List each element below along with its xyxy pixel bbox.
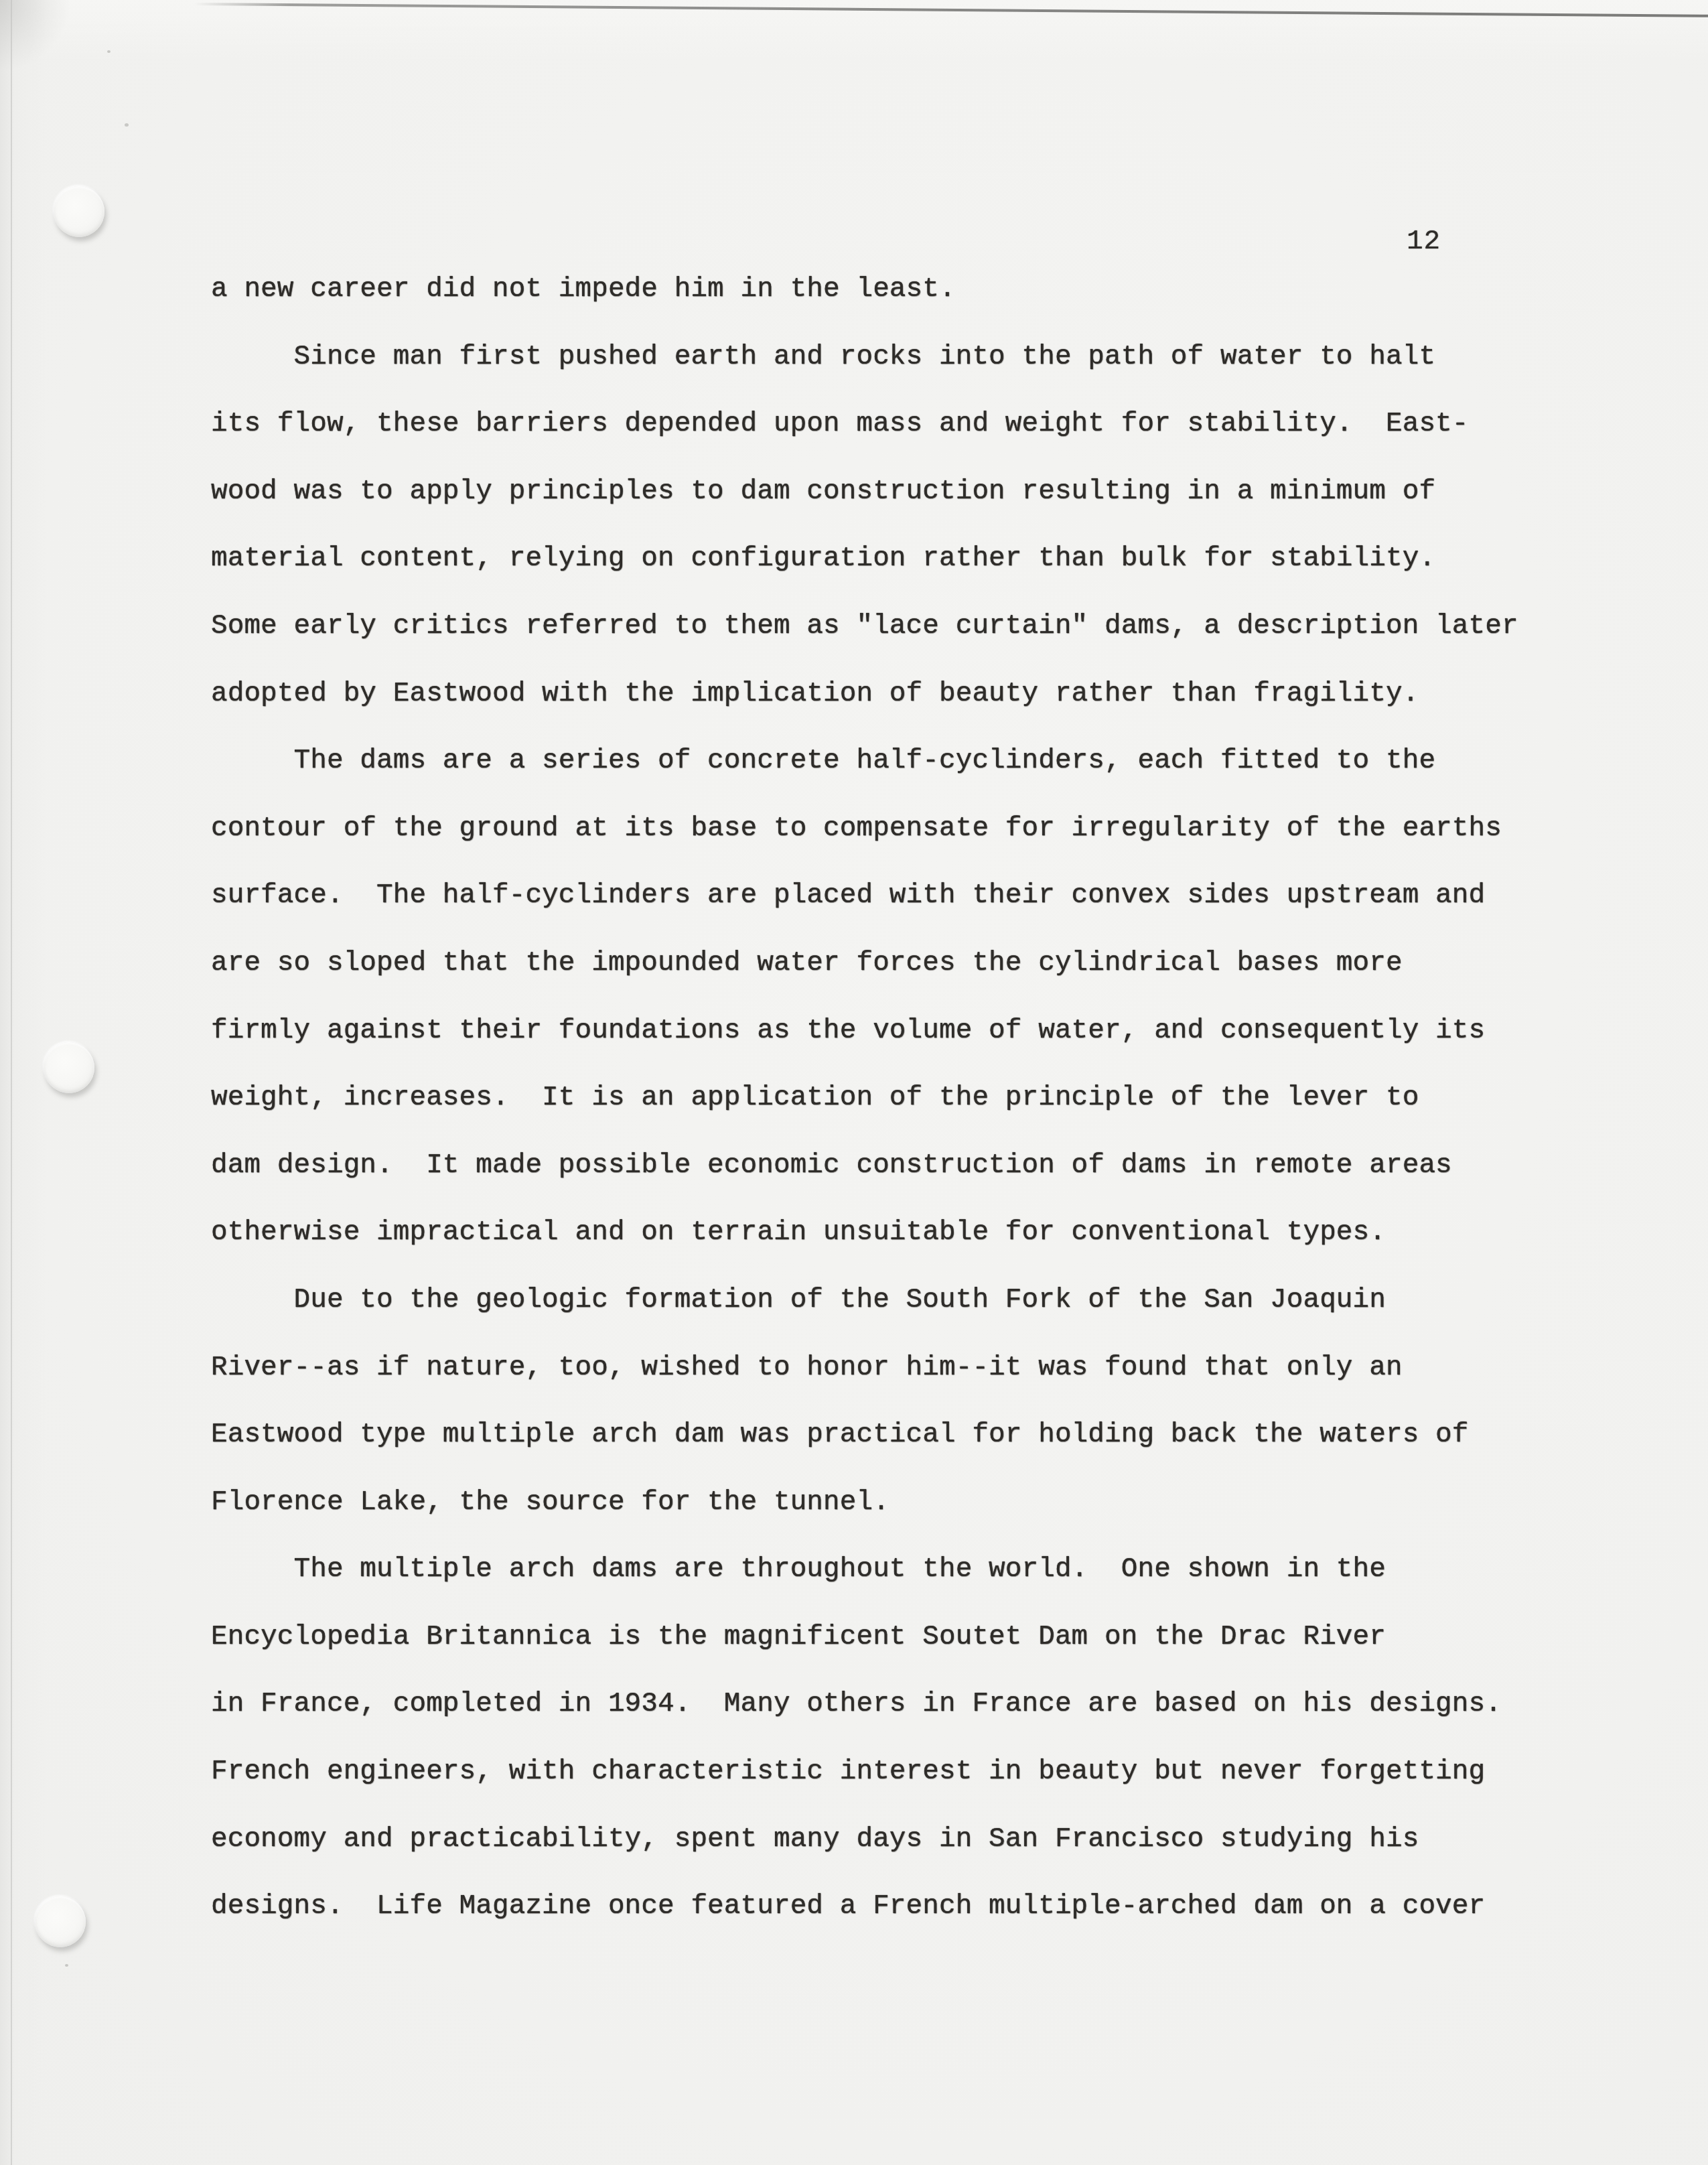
text-line: surface. The half-cyclinders are placed … <box>211 862 1584 930</box>
hole-punch <box>54 186 104 237</box>
text-line: are so sloped that the impounded water f… <box>211 930 1584 997</box>
scanned-document-page: { "document": { "page_number": "12", "li… <box>0 0 1708 2165</box>
hole-punch <box>44 1042 94 1093</box>
text-line: contour of the ground at its base to com… <box>211 795 1584 863</box>
text-line: designs. Life Magazine once featured a F… <box>211 1873 1584 1941</box>
text-line: otherwise impractical and on terrain uns… <box>211 1199 1584 1267</box>
scan-edge-top <box>194 3 1708 18</box>
text-line: Some early critics referred to them as "… <box>211 593 1584 660</box>
text-line: material content, relying on configurati… <box>211 525 1584 593</box>
text-line: Encyclopedia Britannica is the magnifice… <box>211 1604 1584 1671</box>
scan-edge-left <box>11 0 12 2165</box>
text-line: dam design. It made possible economic co… <box>211 1132 1584 1200</box>
hole-punch <box>35 1896 86 1947</box>
page-number: 12 <box>1407 227 1441 257</box>
paper-speck <box>65 1964 68 1967</box>
typed-text: a new career did not impede him in the l… <box>211 256 1584 1941</box>
text-line: a new career did not impede him in the l… <box>211 256 1584 324</box>
text-line: The multiple arch dams are throughout th… <box>211 1536 1584 1604</box>
text-line: Due to the geologic formation of the Sou… <box>211 1267 1584 1334</box>
text-line: Since man first pushed earth and rocks i… <box>211 324 1584 391</box>
text-line: The dams are a series of concrete half-c… <box>211 727 1584 795</box>
text-line: wood was to apply principles to dam cons… <box>211 458 1584 526</box>
text-line: weight, increases. It is an application … <box>211 1064 1584 1132</box>
text-line: in France, completed in 1934. Many other… <box>211 1671 1584 1738</box>
paper-speck <box>125 123 129 127</box>
text-line: economy and practicability, spent many d… <box>211 1806 1584 1874</box>
text-line: firmly against their foundations as the … <box>211 997 1584 1065</box>
text-line: River--as if nature, too, wished to hono… <box>211 1334 1584 1402</box>
text-line: its flow, these barriers depended upon m… <box>211 391 1584 458</box>
text-line: French engineers, with characteristic in… <box>211 1738 1584 1806</box>
text-line: Eastwood type multiple arch dam was prac… <box>211 1401 1584 1469</box>
corner-shade <box>0 0 80 74</box>
text-line: Florence Lake, the source for the tunnel… <box>211 1469 1584 1537</box>
text-line: adopted by Eastwood with the implication… <box>211 660 1584 728</box>
paper-speck <box>107 50 111 53</box>
